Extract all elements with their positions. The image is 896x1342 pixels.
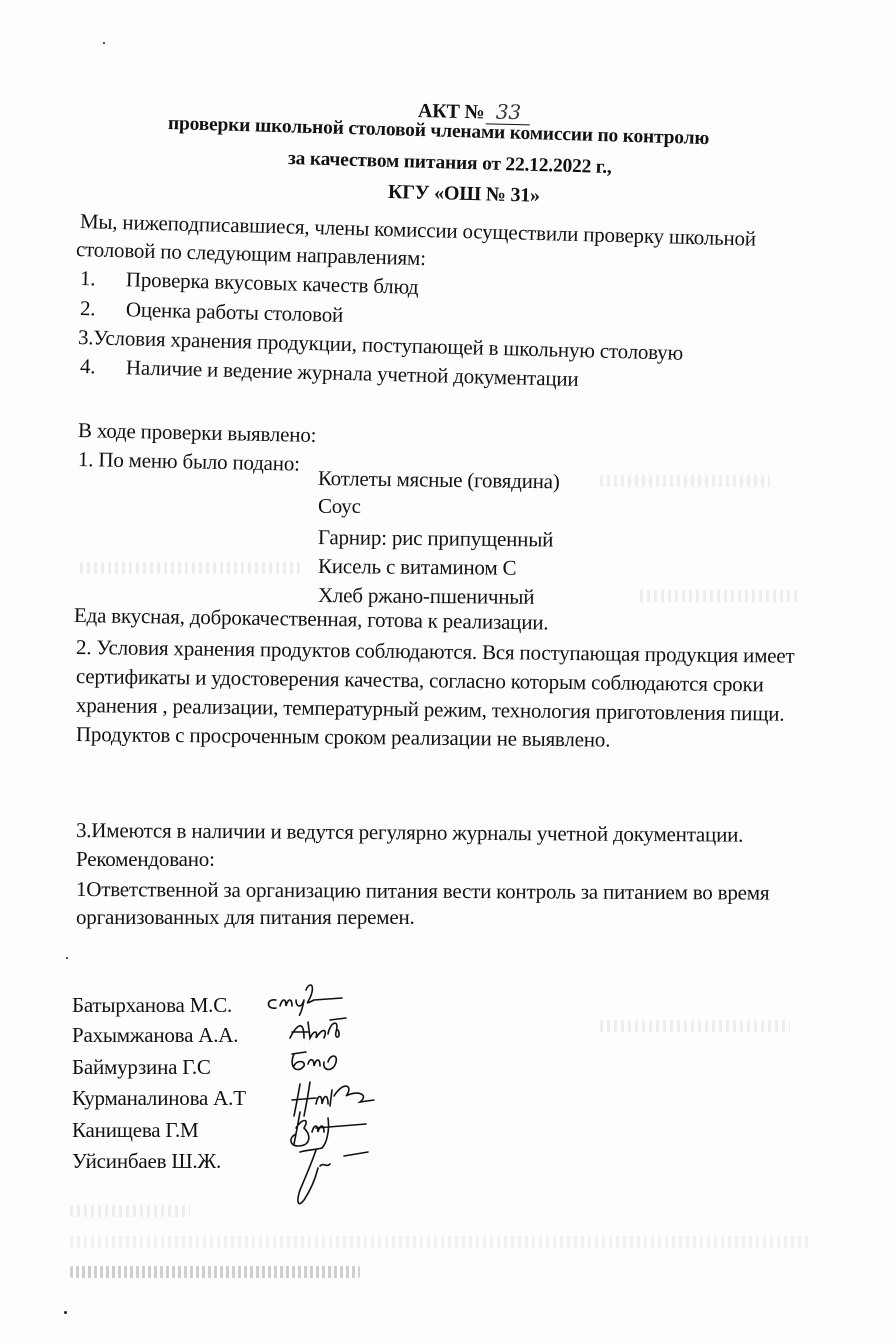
bleed-through-artifact (70, 1266, 360, 1278)
direction-number: 2. (80, 295, 127, 322)
signature-6 (286, 1142, 376, 1212)
direction-item-1: 1.Проверка вкусовых качеств блюд (80, 265, 419, 300)
storage-line-2: сертификаты и удостоверения качества, со… (76, 663, 764, 697)
signatory-name: Рахымжанова А.А. (72, 1022, 238, 1048)
signatory-name: Батырханова М.С. (72, 992, 232, 1018)
direction-number: 4. (80, 353, 127, 380)
scan-speck (66, 957, 68, 959)
recommendation-line-2: организованных для питания перемен. (76, 904, 415, 930)
signature-3 (286, 1044, 356, 1076)
signatory-name: Канищева Г.М (72, 1117, 199, 1143)
journals-statement: 3.Имеются в наличии и ведутся регулярно … (76, 817, 743, 848)
bleed-through-artifact (600, 1020, 790, 1032)
menu-label: 1. По меню было подано: (78, 446, 300, 477)
storage-line-4: Продуктов с просроченным сроком реализац… (76, 721, 611, 753)
direction-number: 1. (80, 265, 127, 292)
bleed-through-artifact (80, 562, 300, 574)
menu-item: Котлеты мясные (говядина) (318, 465, 560, 494)
scanned-document-page: АКТ №33 проверки школьной столовой члена… (0, 0, 896, 1342)
signature-2 (286, 1012, 356, 1044)
direction-number: 3. (78, 325, 94, 349)
signatory-name: Уйсинбаев Ш.Ж. (72, 1148, 221, 1174)
direction-text: Оценка работы столовой (126, 297, 344, 327)
title-line-2: за качеством питания от 22.12.2022 г., (288, 147, 612, 180)
scan-speck (103, 42, 105, 44)
menu-item: Соус (318, 493, 361, 519)
bleed-through-artifact (600, 475, 770, 487)
bleed-through-artifact (640, 590, 800, 602)
recommendations-heading: Рекомендовано: (76, 846, 215, 872)
signatory-name: Баймурзина Г.С (72, 1054, 211, 1080)
recommendation-line-1: 1Ответственной за организацию питания ве… (76, 876, 770, 906)
signatory-name: Курманалинова А.Т (72, 1085, 246, 1111)
bleed-through-artifact (70, 1205, 190, 1217)
bleed-through-artifact (70, 1236, 810, 1248)
findings-heading: В ходе проверки выявлено: (78, 417, 317, 448)
menu-item: Кисель с витамином С (318, 553, 517, 581)
direction-item-2: 2.Оценка работы столовой (80, 295, 344, 328)
menu-item: Гарнир: рис припущенный (318, 524, 554, 552)
title-line-3: КГУ «ОШ № 31» (388, 180, 540, 208)
direction-text: Проверка вкусовых качеств блюд (126, 267, 419, 299)
scan-speck (64, 1311, 67, 1314)
